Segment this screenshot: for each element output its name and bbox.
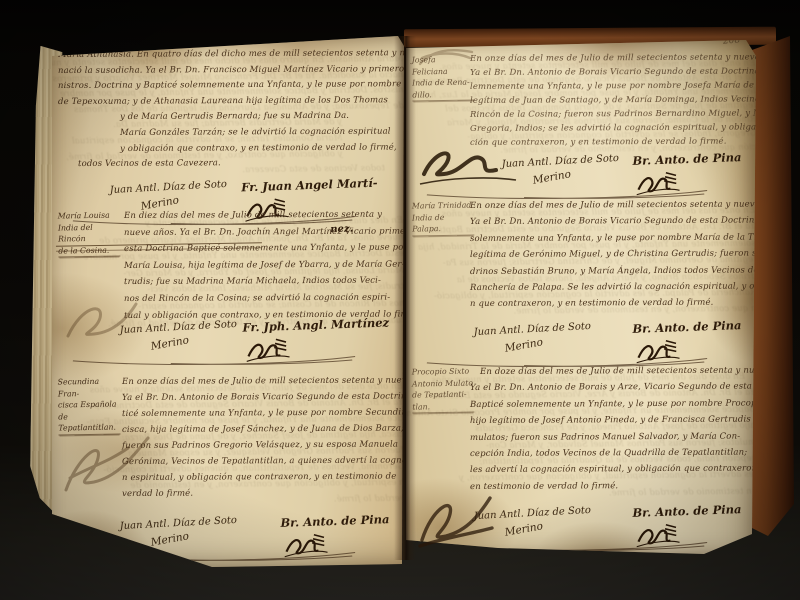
entry-line: legítima de Gerónimo Miguel, y de Christ… [470, 246, 756, 264]
entry-body: En onze días del mes de Julio de mill se… [470, 198, 756, 313]
manuscript-photo: María Athanasia. En quatro días del dich… [0, 0, 800, 600]
entry-line: María Athanasia. En quatro días del dich… [58, 46, 404, 63]
signature-underline-swash-icon [70, 548, 358, 562]
entry-line: Gerónima, Vecinos de Tepatlantitlan, a q… [122, 453, 404, 470]
signature-underline-swash-icon [70, 352, 358, 366]
signature-official: Juan Antl. Díaz de SotoMerino [473, 321, 591, 351]
entry-line: Ya el Br. Dn. Antonio de Borais y Arze, … [470, 379, 756, 397]
entry-body: En onze días del mes de Julio de mill se… [470, 52, 756, 150]
priest-name: Br. Anto. de Pina [632, 150, 741, 168]
entry-line: cepción India, todos Vecinos de la Quadr… [470, 444, 756, 462]
signature-official: Juan Antl. Díaz de SotoMerino [119, 515, 237, 545]
entry-body: En diez días del mes de Julio de mill se… [124, 208, 404, 324]
entry-line: Ya el Br. Dn. Antonio de Borais Vicario … [470, 65, 756, 80]
entry-line: y de María Gertrudis Bernarda; fue su Ma… [120, 109, 404, 126]
entry-line: Ya el Br. Dn. Antonio de Borais Vicario … [122, 389, 404, 406]
right-page: 208 Josefa FelicianaIndia de Rena-dillo.… [406, 40, 756, 558]
entry-line: Ranchería de Palapa. Se les advirtió la … [470, 278, 756, 296]
priest-name: Br. Anto. de Pina [280, 512, 389, 530]
entry-line: hijo legítimo de Josef Antonio Pineda, y… [470, 412, 756, 430]
entry-line: En doze días del mes de Julio de mill se… [480, 363, 756, 381]
signature-row: Juan Antl. Díaz de SotoMerinoBr. Anto. d… [52, 514, 404, 564]
entry-line: Rincón de la Cosina; fueron sus Padrinos… [470, 107, 756, 122]
entry-line: Bapticé solemnemente un Ynfante, y le pu… [470, 395, 756, 413]
entry-body: En onze días del mes de Julio de mill se… [122, 374, 404, 502]
entry-line: En onze días del mes de Julio de mill se… [122, 373, 404, 390]
entry-line: n espiritual, y obligación que contraxer… [122, 469, 404, 486]
entry-line: Ya el Br. Dn. Antonio de Borais Vicario … [470, 213, 756, 231]
ink-flourish-icon [58, 428, 154, 504]
entry-line: María Gonzáles Tarzán; se le advirtió la… [120, 124, 404, 141]
ink-flourish-icon [64, 296, 140, 348]
entry-line: esta Doctrina Bapticé solemnemente una Y… [124, 240, 404, 258]
entry-line: nistros. Doctrina y Bapticé solemnemente… [58, 77, 404, 94]
entry-line: nueve años. Ya el Br. Dn. Joachín Angel … [124, 223, 404, 241]
entry-line: En onze días del mes de Julio de mill se… [470, 197, 756, 215]
entry-line: mulatos; fueron sus Padrinos Manuel Salv… [470, 428, 756, 446]
priest-name: Fr. Jph. Angl. Martínez [243, 315, 390, 334]
entry-line: María Louisa, hija legítima de Josef de … [124, 256, 404, 274]
entry-line: fueron sus Padrinos Gregorio Velásquez, … [122, 437, 404, 454]
entry-line: En onze días del mes de Julio de mill se… [470, 51, 756, 66]
entry-line: drinos Sebastián Bruno, y María Ángela, … [470, 262, 756, 280]
entry-line: cisca, hija legítima de Josef Sánchez, y… [122, 421, 404, 438]
entry-line: verdad lo firmé. [122, 485, 404, 502]
entry-line: todos Vecinos de esta Cavezera. [78, 155, 404, 172]
baptismal-entry: Procopio SixtoAntonio Mulatode Tepatlant… [406, 364, 756, 495]
entry-line: trudis; fue su Madrina María Michaela, I… [124, 273, 404, 291]
entry-line: en testimonio de verdad lo firmé. [470, 477, 756, 495]
entry-body: En doze días del mes de Julio de mill se… [470, 364, 756, 495]
margin-note: Procopio SixtoAntonio Mulatode Tepatlant… [412, 365, 475, 413]
signature-rubric-icon [418, 144, 518, 192]
gutter-shadow [394, 36, 416, 560]
entry-line: lemnemente una Ynfanta, y le puse por no… [470, 79, 756, 94]
ink-smudge-icon [416, 44, 476, 74]
entry-line: nos del Rincón de la Cosina; se advirtió… [124, 290, 404, 308]
entry-line: n que contraxeron, y en testimonio de ve… [470, 295, 756, 313]
baptismal-entry: María TrinidadIndia de Palapa.En onze dí… [406, 198, 756, 313]
entry-line: En diez días del mes de Julio de mill se… [124, 207, 404, 225]
entry-line: legítima de Juan de Santiago, y de María… [470, 93, 756, 108]
entry-line: de Tepexoxuma; y de Athanasia Laureana h… [58, 93, 404, 110]
entry-line: solemnemente una Ynfanta, y le puse por … [470, 229, 756, 247]
priest-name: Br. Anto. de Pina [632, 318, 741, 336]
priest-name: Br. Anto. de Pina [632, 502, 741, 520]
entry-body: María Athanasia. En quatro días del dich… [58, 48, 404, 173]
signature-official: Juan Antl. Díaz de SotoMerino [109, 179, 227, 209]
signature-official: Juan Antl. Díaz de SotoMerino [501, 153, 619, 183]
entry-line: ticé solemnemente una Ynfanta, y le puse… [122, 405, 404, 422]
entry-line: les advertí la cognación espiritual, y o… [470, 461, 756, 479]
priest-name: Fr. Juan Angel Martí- [241, 176, 378, 195]
signature-rubric-icon [412, 488, 496, 554]
entry-line: Gregoria, Indios; se les advirtió la cog… [470, 121, 756, 136]
margin-note: María LouisaIndia del Rincónde la Cosina… [58, 209, 121, 257]
baptismal-entry: María Athanasia. En quatro días del dich… [52, 48, 404, 173]
